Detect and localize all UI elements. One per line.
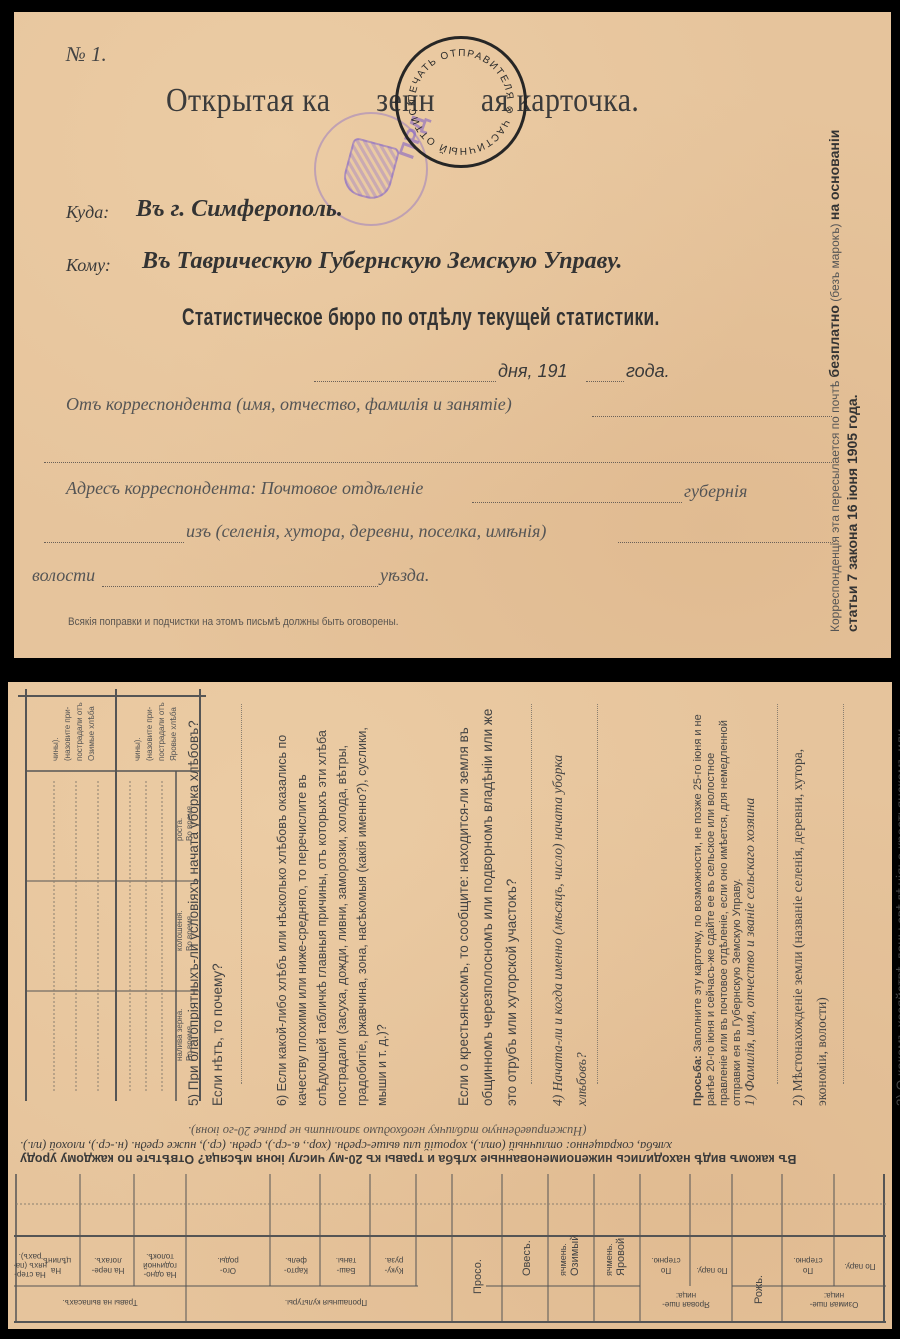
question-1: 1) Фамилія, имя, отчество и званіе сельс… — [738, 706, 762, 1106]
svg-text:По пару.: По пару. — [845, 1262, 876, 1271]
question-2: 2) Мѣстонахожденіе земли (названіе селен… — [786, 706, 834, 1106]
volost-field[interactable] — [102, 586, 378, 587]
questionnaire-middle: Если о крестьянскомъ, то сообщите: наход… — [402, 694, 642, 1114]
seal-ring-icon: ПЕЧАТЬ ОТПРАВИТЕЛЯ ⊗ ЧАСТИЧНЫЙ ОТТИСКЪ ⊗ — [398, 39, 524, 165]
answer-field-2[interactable] — [843, 704, 844, 1084]
crop-condition-table: Озимая пше- ница: Яровая пше- ница: Проп… — [14, 1174, 886, 1324]
svg-text:Пропашныя культуры.: Пропашныя культуры. — [285, 1298, 367, 1307]
svg-text:чины).: чины). — [51, 737, 60, 761]
uezd-label: уѣзда. — [380, 565, 429, 586]
svg-text:Яровой: Яровой — [615, 1238, 627, 1276]
destination-label: Куда: — [66, 202, 109, 223]
year-label: года. — [626, 361, 670, 382]
svg-text:чины).: чины). — [133, 737, 142, 761]
table-instruction: Въ какомъ видѣ находились нижепоименован… — [20, 1152, 796, 1166]
bureau-line: Статистическое бюро по отдѣлу текущей ст… — [182, 304, 660, 332]
question-3: 3) О какомъ хозяйствѣ даны свѣдѣнія: о к… — [890, 706, 900, 1106]
question-3-followup: Если о крестьянскомъ, то сообщите: наход… — [452, 706, 524, 1106]
svg-text:Во время: Во время — [185, 916, 194, 951]
svg-text:(назовите при-: (назовите при- — [63, 706, 72, 761]
date-label: дня, 191 — [498, 361, 568, 382]
svg-text:По пару.: По пару. — [697, 1266, 728, 1275]
svg-text:пострадали отъ: пострадали отъ — [75, 702, 84, 761]
side-note-bold: безплатно — [826, 305, 842, 377]
rating-scale: хлѣба, сокращенно: отличный (отл.), хоро… — [20, 1138, 672, 1153]
svg-text:Во время: Во время — [185, 1026, 194, 1061]
from-correspondent-label: Отъ корреспондента (имя, отчество, фамил… — [66, 394, 512, 415]
svg-text:няхъ (па-: няхъ (па- — [14, 1261, 47, 1270]
svg-text:фель.: фель. — [285, 1256, 307, 1265]
corrections-note: Всякія поправки и подчистки на этомъ пис… — [68, 616, 398, 628]
svg-text:По: По — [802, 1266, 813, 1275]
svg-text:ница:: ница: — [824, 1291, 844, 1300]
svg-text:Куку-: Куку- — [384, 1266, 403, 1275]
svg-text:рахъ).: рахъ). — [19, 1252, 42, 1261]
svg-text:Карто-: Карто- — [284, 1266, 308, 1275]
side-note-text: Корреспонденція эта пересылается по почт… — [828, 381, 842, 632]
svg-text:Овесъ.: Овесъ. — [521, 1240, 533, 1276]
postcard-front: № 1. Открытая ка зенн ая карточка. ПРД П… — [14, 12, 891, 658]
svg-text:Рожь.: Рожь. — [753, 1275, 765, 1304]
volost-label: волости — [32, 565, 95, 586]
svg-text:Озимый: Озимый — [569, 1235, 581, 1276]
from-correspondent-field[interactable] — [592, 416, 832, 417]
svg-text:(назовите при-: (назовите при- — [145, 706, 154, 761]
svg-text:логахъ.: логахъ. — [94, 1256, 122, 1265]
svg-text:стерню.: стерню. — [651, 1256, 680, 1265]
svg-text:На пере-: На пере- — [91, 1266, 124, 1275]
svg-text:Ого-: Ого- — [220, 1266, 236, 1275]
from-correspondent-field-line2[interactable] — [44, 462, 834, 463]
svg-text:Травы на выпасахъ.: Травы на выпасахъ. — [62, 1298, 137, 1307]
question-6: 6) Если какой-либо хлѣбъ или нѣсколько х… — [272, 706, 392, 1106]
svg-text:толокѣ.: толокѣ. — [146, 1252, 174, 1261]
svg-text:налива зерна.: налива зерна. — [175, 1009, 184, 1061]
answer-field-5[interactable] — [241, 704, 242, 1084]
svg-text:Просо.: Просо. — [472, 1259, 484, 1294]
svg-text:На стер-: На стер- — [14, 1270, 46, 1279]
svg-text:По: По — [660, 1266, 671, 1275]
answer-field-1[interactable] — [777, 704, 778, 1084]
svg-text:ячмень.: ячмень. — [604, 1243, 614, 1276]
sender-seal-stamp: ПЕЧАТЬ ОТПРАВИТЕЛЯ ⊗ ЧАСТИЧНЫЙ ОТТИСКЪ ⊗ — [395, 36, 527, 168]
svg-text:годичной: годичной — [143, 1261, 177, 1270]
card-number: № 1. — [66, 42, 107, 67]
questionnaire-right: 5) При благопріятныхъ-ли условіяхъ начат… — [172, 694, 412, 1114]
free-postage-note: Корреспонденція эта пересылается по почт… — [826, 32, 862, 632]
destination-city: Въ г. Симферополь. — [136, 196, 343, 223]
svg-text:Яровая пше-: Яровая пше- — [662, 1300, 710, 1309]
settlement-field[interactable] — [618, 542, 833, 543]
date-year-field[interactable] — [586, 381, 624, 382]
postcard-back: Озимая пше- ница: Яровая пше- ница: Проп… — [8, 682, 892, 1329]
svg-text:пострадали отъ: пострадали отъ — [157, 702, 166, 761]
svg-text:стерню.: стерню. — [793, 1256, 822, 1265]
side-note-bold2: на основаніи — [826, 130, 842, 220]
svg-text:Баш-: Баш- — [336, 1266, 355, 1275]
recipient-name: Въ Таврическую Губернскую Земскую Управу… — [142, 248, 622, 275]
address-label: Адресъ корреспондента: Почтовое отдѣлені… — [66, 478, 423, 499]
svg-text:Во время: Во время — [185, 806, 194, 841]
post-office-field[interactable] — [472, 502, 682, 503]
svg-text:На одно-: На одно- — [143, 1270, 176, 1279]
recipient-label: Кому: — [66, 255, 111, 276]
coat-of-arms-icon — [340, 137, 401, 204]
svg-text:Озимая пше-: Озимая пше- — [809, 1300, 858, 1309]
svg-text:роды.: роды. — [217, 1256, 238, 1265]
guberniya-field[interactable] — [44, 542, 184, 543]
fill-date-note: (Нижеприведенную табличку необходимо зап… — [188, 1123, 586, 1138]
guberniya-label: губернія — [684, 481, 747, 502]
svg-text:На: На — [50, 1266, 61, 1275]
answer-field-3[interactable] — [531, 704, 532, 1084]
svg-text:руза.: руза. — [385, 1256, 404, 1265]
request-note: Просьба: Заполните эту карточку, по возм… — [692, 706, 744, 1106]
answer-field-4[interactable] — [597, 704, 598, 1084]
svg-text:ПЕЧАТЬ ОТПРАВИТЕЛЯ ⊗ ЧАСТИЧНЫЙ: ПЕЧАТЬ ОТПРАВИТЕЛЯ ⊗ ЧАСТИЧНЫЙ ОТТИСКЪ ⊗ — [398, 39, 515, 156]
request-text: Заполните эту карточку, по возможности, … — [692, 714, 743, 1106]
svg-text:колошенія.: колошенія. — [175, 910, 184, 951]
svg-text:ячмень.: ячмень. — [558, 1243, 568, 1276]
settlement-label: изъ (селенія, хутора, деревни, поселка, … — [186, 521, 546, 542]
svg-text:ница:: ница: — [676, 1291, 696, 1300]
side-note-law: статьи 7 закона 16 іюня 1905 года. — [844, 394, 860, 632]
title-part-1: Открытая ка — [166, 82, 330, 119]
damage-causes-table: Во время налива зерна. Во время колошені… — [18, 689, 206, 1101]
svg-text:таны.: таны. — [336, 1256, 356, 1265]
svg-text:роста.: роста. — [175, 818, 184, 841]
question-4: 4) Начата-ли и когда именно (мѣсяцъ, чис… — [546, 706, 594, 1106]
svg-text:Озимые хлѣба: Озимые хлѣба — [87, 706, 96, 761]
request-label: Просьба: — [692, 1055, 704, 1106]
date-day-field[interactable] — [314, 381, 496, 382]
svg-text:Яровые хлѣба: Яровые хлѣба — [169, 707, 178, 761]
side-note-mid: (безъ марокъ) — [828, 223, 842, 301]
